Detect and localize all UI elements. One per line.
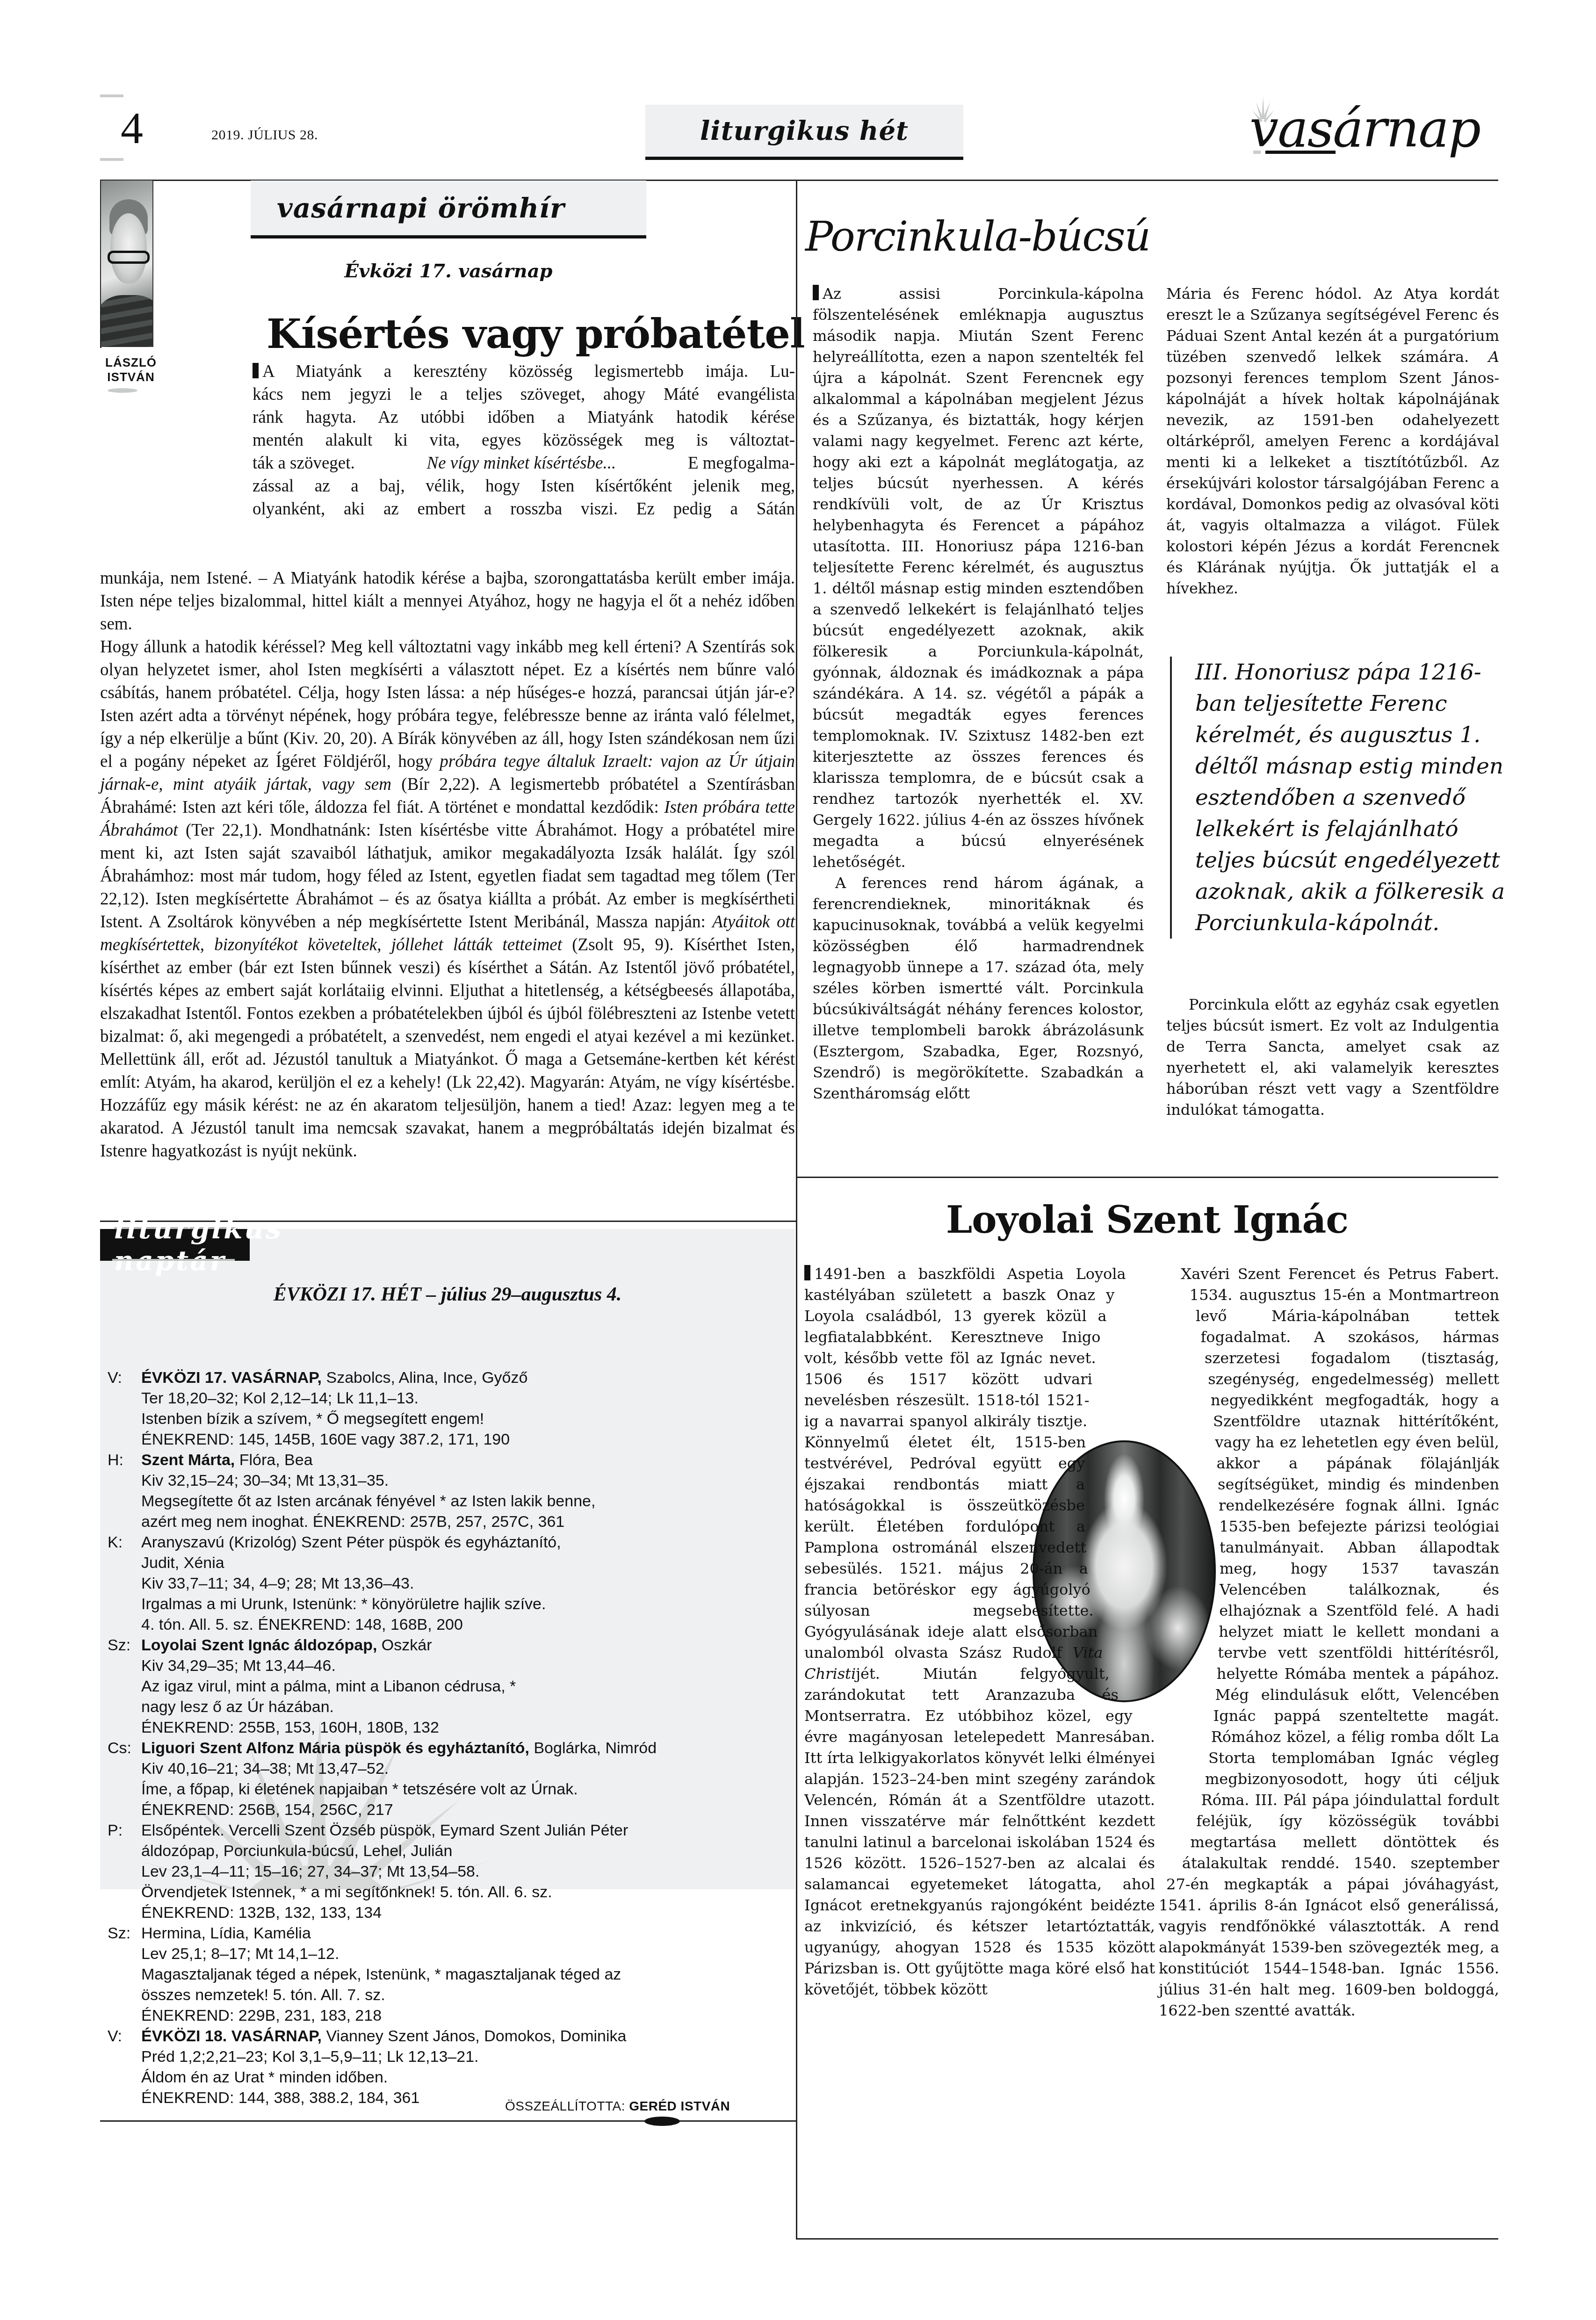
ignac-col2: Xavéri Szent Ferencet és Petrus Fabert. …: [1159, 1264, 1499, 2021]
lead-line: zással az a baj, vélik, hogy Isten kísér…: [154, 475, 795, 498]
column-tab-label: vasárnapi örömhír: [277, 192, 565, 224]
calendar-day: H:: [108, 1450, 141, 1532]
porcinkula-paragraph: Mária és Ferenc hódol. Az Atya kordát er…: [1166, 283, 1499, 599]
calendar-entry: H: Szent Márta, Flóra, Bea Kiv 32,15–24;…: [108, 1450, 790, 1532]
calendar-entry: P: Elsőpéntek. Vercelli Szent Özséb püsp…: [108, 1820, 790, 1923]
lead-line: mentén alakult ki vita, egyes közösségek…: [154, 429, 795, 452]
brand-underline-accent: [1253, 151, 1261, 154]
calendar-entry: Sz: Loyolai Szent Ignác áldozópap, Oszká…: [108, 1635, 790, 1738]
lead-line: ták a szöveget.: [253, 452, 355, 475]
brand-logo: vasárnap: [1249, 103, 1480, 154]
calendar-entry: K: Aranyszavú (Krizológ) Szent Péter püs…: [108, 1532, 790, 1635]
credit-label: ÖSSZEÁLLÍTOTTA:: [505, 2099, 625, 2113]
calendar-entry: V: ÉVKÖZI 18. VASÁRNAP, Vianney Szent Já…: [108, 2026, 790, 2108]
calendar-credit: ÖSSZEÁLLÍTOTTA: GERÉD ISTVÁN: [505, 2099, 730, 2114]
article-headline: Kísértés vagy próbatétel: [267, 314, 805, 354]
calendar-entry: V: ÉVKÖZI 17. VASÁRNAP, Szabolcs, Alina,…: [108, 1367, 790, 1450]
calendar-day: V:: [108, 1367, 141, 1450]
article-kicker: Évközi 17. vasárnap: [251, 260, 646, 282]
section-tab: liturgikus hét: [645, 105, 963, 160]
section-label: liturgikus hét: [700, 116, 909, 146]
lead-line: kács nem jegyzi le a teljes szöveget, ah…: [154, 383, 795, 406]
author-name: LÁSZLÓ ISTVÁN: [103, 355, 159, 384]
credit-name: GERÉD ISTVÁN: [629, 2099, 730, 2113]
calendar-day: K:: [108, 1532, 141, 1635]
porcinkula-paragraph: Porcinkula előtt az egyház csak egyetlen…: [1166, 994, 1499, 1120]
porcinkula-title: Porcinkula-búcsú: [805, 216, 1150, 257]
ignac-headline: Loyolai Szent Ignác: [796, 1201, 1498, 1238]
porcinkula-col1: Az assisi Porcinkula-kápolna fölszentelé…: [813, 283, 1144, 1104]
lead-line: ránk hagyta. Az utóbbi időben a Miatyánk…: [154, 406, 795, 429]
calendar-entry: Cs: Liguori Szent Alfonz Mária püspök és…: [108, 1738, 790, 1820]
page-number-bar-bottom: [100, 158, 123, 161]
article-body: munkája, nem Istené. – A Miatyánk hatodi…: [100, 567, 795, 1163]
issue-date: 2019. JÚLIUS 28.: [211, 127, 318, 143]
calendar-tab-strip-bottom: [112, 1259, 235, 1261]
lead-line: A Miatyánk a keresztény közösség legisme…: [262, 362, 795, 381]
ignac-col1: 1491-ben a baszkföldi Aspetia Loyola kas…: [804, 1264, 1005, 2000]
calendar-heading: ÉVKÖZI 17. HÉT – július 29–augusztus 4.: [100, 1283, 795, 1306]
ignac-bottom-rule: [796, 2238, 1498, 2240]
lead-line: E megfogalma-: [688, 452, 795, 475]
calendar-list: V: ÉVKÖZI 17. VASÁRNAP, Szabolcs, Alina,…: [108, 1367, 790, 2108]
calendar-bottom-ornament: [644, 2117, 680, 2126]
calendar-tab-label: liturgikus naptár: [114, 1213, 283, 1277]
calendar-entry: Sz: Hermina, Lídia, Kamélia Lev 25,1; 8–…: [108, 1923, 790, 2026]
calendar-tab: liturgikus naptár: [100, 1229, 250, 1261]
lead-quote: Ne vígy minket kísértésbe...: [426, 452, 616, 475]
page-number-bar-top: [100, 94, 123, 97]
lead-marker-icon: [813, 285, 819, 300]
porcinkula-col2: Mária és Ferenc hódol. Az Atya kordát er…: [1166, 283, 1499, 599]
calendar-day: P:: [108, 1820, 141, 1923]
column-tab: vasárnapi örömhír: [251, 181, 646, 239]
pull-quote: III. Honoriusz pápa 1216-ban teljesített…: [1170, 657, 1507, 939]
article-paragraph: Hogy állunk a hatodik kéréssel? Meg kell…: [100, 636, 795, 1163]
calendar-day: V:: [108, 2026, 141, 2108]
article-lead-lines: A Miatyánk a keresztény közösség legisme…: [154, 360, 795, 520]
porcinkula-col2-bottom: Porcinkula előtt az egyház csak egyetlen…: [1166, 994, 1499, 1120]
lead-marker-icon: [804, 1265, 810, 1280]
photo-glasses: [108, 251, 150, 264]
byline-ornament: [108, 388, 137, 393]
calendar-day: Sz:: [108, 1923, 141, 2026]
calendar-bottom-rule: [100, 2120, 796, 2122]
porcinkula-paragraph: A ferences rend három ágának, a ferencre…: [813, 873, 1144, 1104]
article-paragraph: munkája, nem Istené. – A Miatyánk hatodi…: [100, 567, 795, 636]
page-number: 4: [121, 106, 143, 151]
porcinkula-paragraph: Az assisi Porcinkula-kápolna fölszentelé…: [813, 283, 1144, 873]
brand-underline: [1265, 151, 1336, 154]
photo-sweater: [101, 295, 153, 347]
calendar-day: Sz:: [108, 1635, 141, 1738]
calendar-day: Cs:: [108, 1738, 141, 1820]
author-photo: [101, 181, 153, 347]
lead-marker-icon: [253, 363, 259, 378]
porcinkula-bottom-rule: [796, 1177, 1498, 1178]
photo-face: [110, 213, 147, 283]
lead-line: olyanként, aki az embert a rosszba viszi…: [154, 498, 795, 520]
